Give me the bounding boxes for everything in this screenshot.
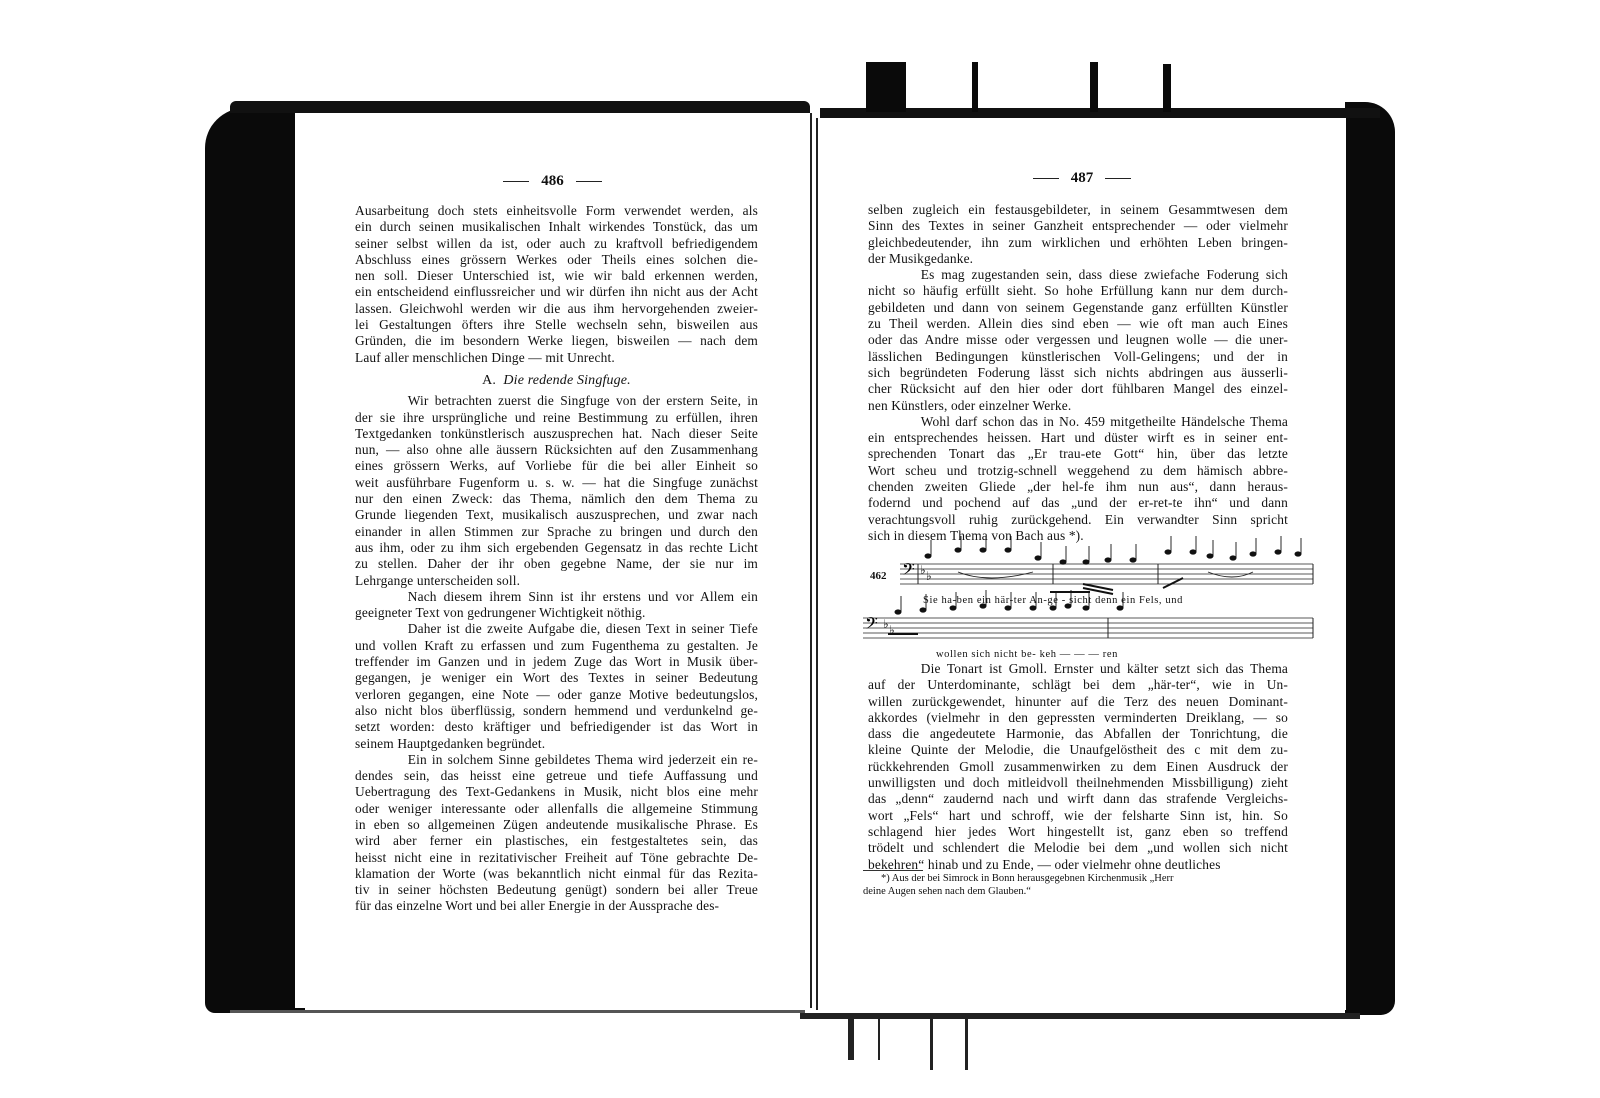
text-line: oder das Andre misse oder vergessen und … [868, 332, 1288, 348]
paragraph: Es mag zugestanden sein, dass diese zwie… [868, 267, 1288, 414]
text-line: akkordes (vielmehr in den gepressten ver… [868, 710, 1288, 726]
paragraph: Wir betrachten zuerst die Singfuge von d… [355, 393, 758, 589]
text-line: bekehren“ hinab und zu Ende, — oder viel… [868, 857, 1288, 873]
section-heading: A. Die redende Singfuge. [355, 373, 758, 389]
music-example: 462 𝄢♭♭𝄢♭♭ Sie ha-ben ein här-ter An-ge … [858, 536, 1318, 664]
text-line: oder weniger interessante oder allenfall… [355, 801, 758, 817]
svg-text:𝄢: 𝄢 [865, 613, 878, 637]
text-line: und vollen Kraft zu erfassen und zum Fug… [355, 638, 758, 654]
text-line: aus ihm, oder zu ihm sich ergebenden Geg… [355, 540, 758, 556]
text-line: lei Gestaltungen öfters ihre Stelle wech… [355, 317, 758, 333]
text-line: Uebertragung des Text-Gedankens in Musik… [355, 784, 758, 800]
text-line: seiner selbst willen da ist, oder auch z… [355, 236, 758, 252]
text-line: weit ausführbare Fugenform u. s. w. — ha… [355, 475, 758, 491]
text-line: treffender im Ganzen und in jedem Zuge d… [355, 654, 758, 670]
page-edge-mark [965, 1015, 968, 1070]
paragraph: Daher ist die zweite Aufgabe die, diesen… [355, 621, 758, 751]
svg-text:♭: ♭ [883, 617, 889, 631]
text-line: heisst nicht eine in rezitativischer Fre… [355, 850, 758, 866]
book-cover-right [1345, 102, 1395, 1015]
bookmark-tab [1090, 62, 1098, 112]
text-line: seinem Hauptgedanken begründet. [355, 736, 758, 752]
text-line: Lauf aller menschlichen Dinge — mit Unre… [355, 350, 758, 366]
text-line: nen soll. Dieser Unterschied ist, wie wi… [355, 268, 758, 284]
text-line: der Musikgedanke. [868, 251, 1288, 267]
bookmark-tab [1163, 64, 1171, 112]
text-line: wird aber ferner ein plastisches, ein fe… [355, 833, 758, 849]
text-line: Abschluss eines grössern Werkes oder The… [355, 252, 758, 268]
paragraph: Ausarbeitung doch stets einheitsvolle Fo… [355, 203, 758, 366]
text-line: auf der Unterdominante, schlägt bei dem … [868, 677, 1288, 693]
text-line: Grunde liegenden Text, musikalisch auszu… [355, 507, 758, 523]
text-line: klamation der Worte (was bekanntlich nic… [355, 866, 758, 882]
text-line: selben zugleich ein festausgebildeter, i… [868, 202, 1288, 218]
text-line: nur den einen Zweck: das Thema, nämlich … [355, 491, 758, 507]
text-line: Ein in solchem Sinne gebildetes Thema wi… [355, 752, 758, 768]
text-line: willen zurückgewendet, hinunter auf die … [868, 694, 1288, 710]
paragraph: selben zugleich ein festausgebildeter, i… [868, 202, 1288, 267]
book-top-edge-left [230, 101, 810, 113]
right-page-body-top: selben zugleich ein festausgebildeter, i… [868, 202, 1288, 544]
svg-text:♭: ♭ [926, 569, 932, 583]
bookmark-tab [866, 62, 906, 112]
text-line: Sinn des Textes in seiner Ganzheit entsp… [868, 218, 1288, 234]
text-line: eines grössern Werks, auf Vorliebe für d… [355, 458, 758, 474]
text-line: Nach diesem ihrem Sinn ist ihr erstens u… [355, 589, 758, 605]
text-line: fodernd und pochend auf das „und der er-… [868, 495, 1288, 511]
text-line: gebildeten und dann von seinem Gegenstan… [868, 300, 1288, 316]
bookmark-tab [972, 62, 978, 112]
text-line: *) Aus der bei Simrock in Bonn herausgeg… [863, 872, 1293, 885]
text-line: Es mag zugestanden sein, dass diese zwie… [868, 267, 1288, 283]
text-line: wort „Fels“ hart und schroff, wie der fe… [868, 808, 1288, 824]
paragraph: Nach diesem ihrem Sinn ist ihr erstens u… [355, 589, 758, 622]
text-line: kleine Quinte der Melodie, die Unaufgelö… [868, 742, 1288, 758]
text-line: tiv in seiner höchsten Bedeutung genügt)… [355, 882, 758, 898]
text-line: ein entsprechendes heissen. Hart und düs… [868, 430, 1288, 446]
text-line: sich begründeten Foderung lässt sich nic… [868, 365, 1288, 381]
text-line: Lehrgange unterscheiden soll. [355, 573, 758, 589]
text-line: nun, — also ohne alle äussern Rücksichte… [355, 442, 758, 458]
lyrics-line-2: wollen sich nicht be- keh — — — ren [936, 649, 1118, 660]
text-line: sprechenden Tonart das „Er trau-ete Gott… [868, 446, 1288, 462]
text-line: dendes sein, das heisst eine getreue und… [355, 768, 758, 784]
text-line: Wort scheu und trotzig-schnell weggehend… [868, 463, 1288, 479]
text-line: Gründen, die im besondern Werke liegen, … [355, 333, 758, 349]
page-edge-mark [878, 1015, 880, 1060]
page-number-right: 487 [818, 170, 1346, 187]
text-line: ein durch seinen musikalischen Inhalt wi… [355, 219, 758, 235]
page-right: 487 selben zugleich ein festausgebildete… [816, 118, 1346, 1010]
text-line: nen Künstlers, oder einzelner Werke. [868, 398, 1288, 414]
text-line: setzt worden: desto kräftiger und befrie… [355, 719, 758, 735]
text-line: lässlichen Bedingungen künstlerischen Vo… [868, 349, 1288, 365]
text-line: gleichbedeutender, ihn zum wirklichen un… [868, 235, 1288, 251]
text-line: geeigneter Text von gedrungener Wichtigk… [355, 605, 758, 621]
book-bottom-edge-right [800, 1013, 1360, 1019]
text-line: also nicht blos überflüssig, sondern hem… [355, 703, 758, 719]
page-edge-mark [848, 1015, 854, 1060]
text-line: der sie ihre ursprüngliche und reine Bes… [355, 410, 758, 426]
text-line: trödelt und schlendert die Melodie bei d… [868, 840, 1288, 856]
text-line: zu Theil werden. Allein dies sind eben —… [868, 316, 1288, 332]
paragraph: Ein in solchem Sinne gebildetes Thema wi… [355, 752, 758, 915]
text-line: in eben so allgemeinen Zügen andeutende … [355, 817, 758, 833]
text-line: dass die angedeutete Harmonie, das Abfal… [868, 726, 1288, 742]
left-page-body: Ausarbeitung doch stets einheitsvolle Fo… [355, 203, 758, 915]
section-title: Die redende Singfuge. [503, 373, 630, 388]
text-line: schlagend hier jedes Wort hingestellt is… [868, 824, 1288, 840]
text-line: verachtungsvoll ruhig zurückgehend. Ein … [868, 512, 1288, 528]
text-line: für das einzelne Wort und bei aller Ener… [355, 898, 758, 914]
paragraph: Die Tonart ist Gmoll. Ernster und kälter… [868, 661, 1288, 873]
text-line: Daher ist die zweite Aufgabe die, diesen… [355, 621, 758, 637]
text-line: Ausarbeitung doch stets einheitsvolle Fo… [355, 203, 758, 219]
lyrics-line-1: Sie ha-ben ein här-ter An-ge - sicht den… [923, 595, 1183, 606]
text-line: lassen. Gleichwohl werden wir die aus ih… [355, 301, 758, 317]
text-line: einander in allen Stimmen zur Sprache zu… [355, 524, 758, 540]
text-line: zu stellen. Daher der ihr oben gegebne N… [355, 556, 758, 572]
text-line: unwilligsten und doch mitleidvoll theiln… [868, 775, 1288, 791]
text-line: Wir betrachten zuerst die Singfuge von d… [355, 393, 758, 409]
text-line: ein entscheidend einflussreicher und wir… [355, 284, 758, 300]
text-line: deine Augen sehen nach dem Glauben.“ [863, 885, 1293, 898]
footnote-rule [863, 870, 923, 871]
svg-text:♭: ♭ [920, 563, 926, 577]
text-line: Die Tonart ist Gmoll. Ernster und kälter… [868, 661, 1288, 677]
book-bottom-edge-left [230, 1010, 805, 1013]
text-line: verloren gegangen, eine Note — oder ganz… [355, 687, 758, 703]
page-left: 486 Ausarbeitung doch stets einheitsvoll… [295, 113, 812, 1008]
page-edge-mark [930, 1015, 933, 1070]
text-line: nicht so häufig erfüllt sieht. So hohe E… [868, 283, 1288, 299]
text-line: das „denn“ zaudernd nach und wirft dann … [868, 791, 1288, 807]
right-page-body-bottom: Die Tonart ist Gmoll. Ernster und kälter… [868, 661, 1288, 873]
book-cover-left [205, 108, 305, 1013]
paragraph: Wohl darf schon das in No. 459 mitgethei… [868, 414, 1288, 544]
text-line: Wohl darf schon das in No. 459 mitgethei… [868, 414, 1288, 430]
page-number-left: 486 [295, 173, 810, 190]
svg-text:𝄢: 𝄢 [902, 559, 915, 583]
text-line: cher Rücksicht auf den hier oder dort fü… [868, 381, 1288, 397]
text-line: chenden zweiten Gliede „der hel-fe ihm n… [868, 479, 1288, 495]
footnote: *) Aus der bei Simrock in Bonn herausgeg… [863, 872, 1293, 898]
text-line: gegangen, je weniger ein Wort des Textes… [355, 670, 758, 686]
text-line: Textgedanken tonkünstlerisch auszusprech… [355, 426, 758, 442]
text-line: rückkehrenden Gmoll zusammenwirken zu de… [868, 759, 1288, 775]
